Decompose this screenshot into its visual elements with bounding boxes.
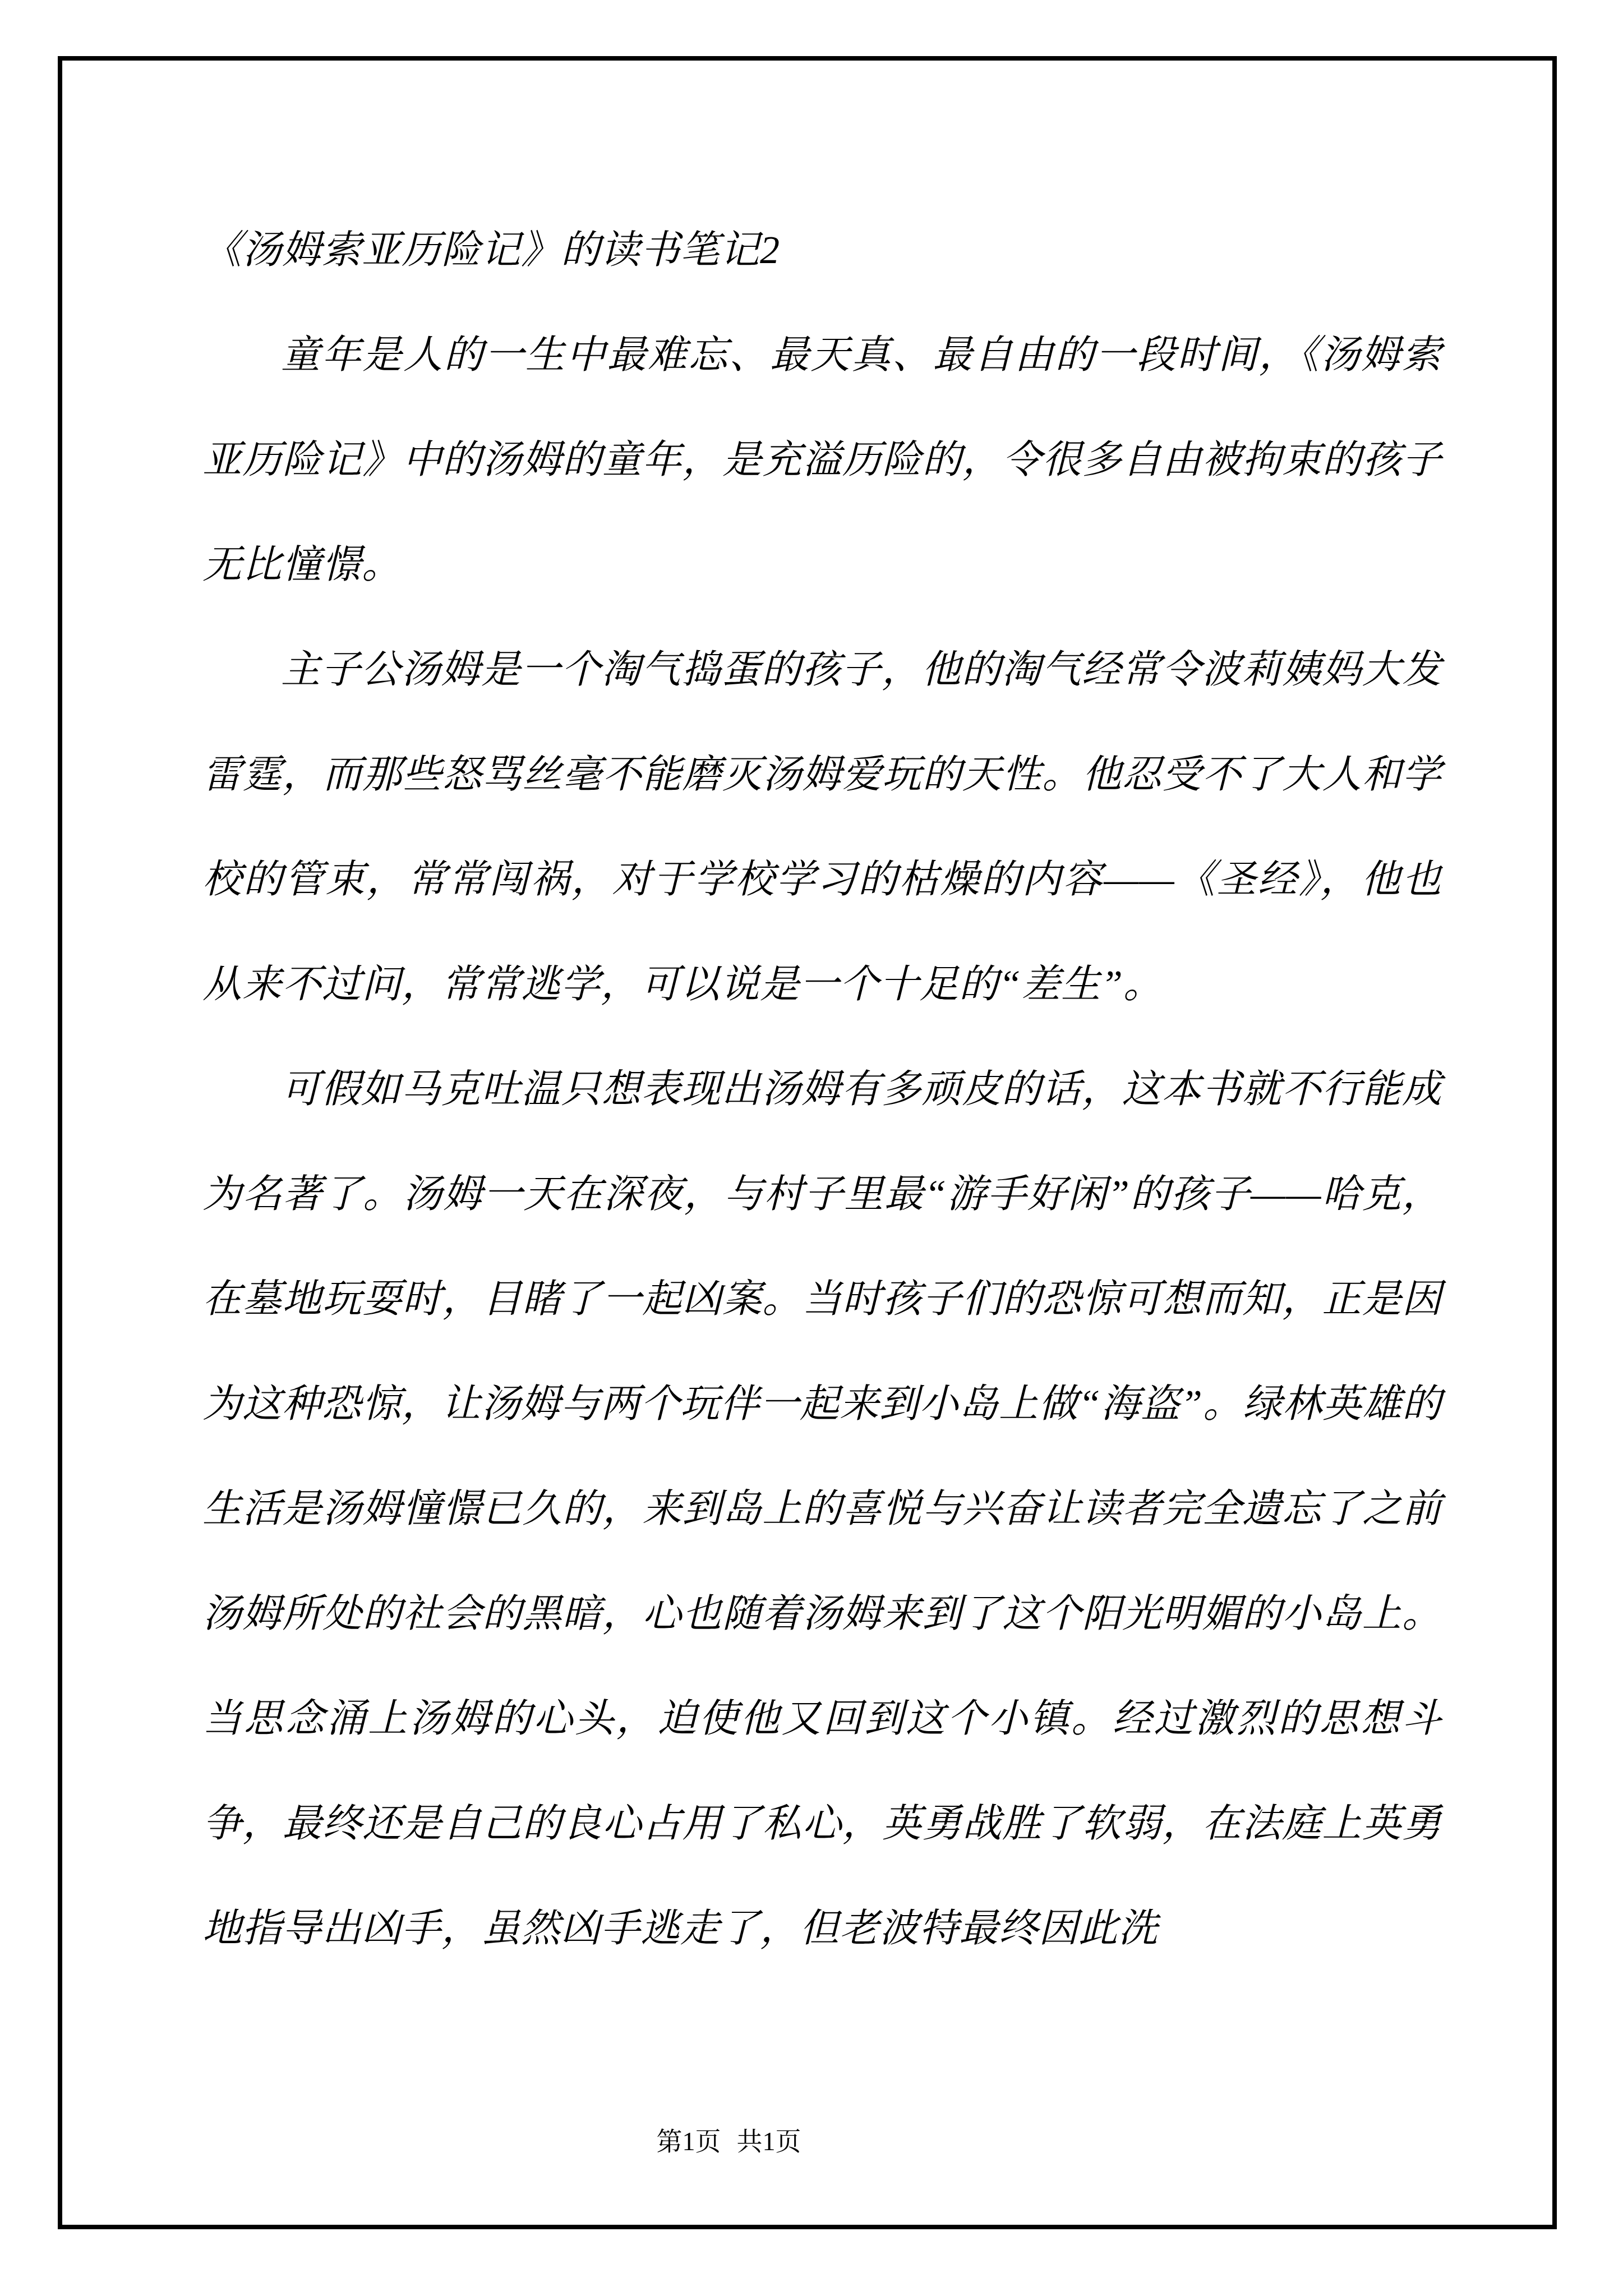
paragraph-1: 童年是人的一生中最难忘、最天真、最自由的一段时间，《汤姆索亚历险记》中的汤姆的童…: [202, 303, 1442, 618]
document-title: 《汤姆索亚历险记》的读书笔记2: [202, 198, 1442, 303]
page-number-label: 第1页: [657, 2127, 721, 2156]
page-total-label: 共1页: [737, 2127, 801, 2156]
page-footer: 第1页共1页: [62, 2125, 1552, 2159]
paragraph-2: 主子公汤姆是一个淘气捣蛋的孩子，他的淘气经常令波莉姨妈大发雷霆，而那些怒骂丝毫不…: [202, 618, 1442, 1037]
page-footer-text: 第1页共1页: [657, 2127, 801, 2156]
paragraph-3: 可假如马克吐温只想表现出汤姆有多顽皮的话，这本书就不行能成为名著了。汤姆一天在深…: [202, 1037, 1442, 1981]
document-body: 《汤姆索亚历险记》的读书笔记2 童年是人的一生中最难忘、最天真、最自由的一段时间…: [202, 198, 1442, 1981]
document-page-border: 《汤姆索亚历险记》的读书笔记2 童年是人的一生中最难忘、最天真、最自由的一段时间…: [58, 56, 1557, 2229]
